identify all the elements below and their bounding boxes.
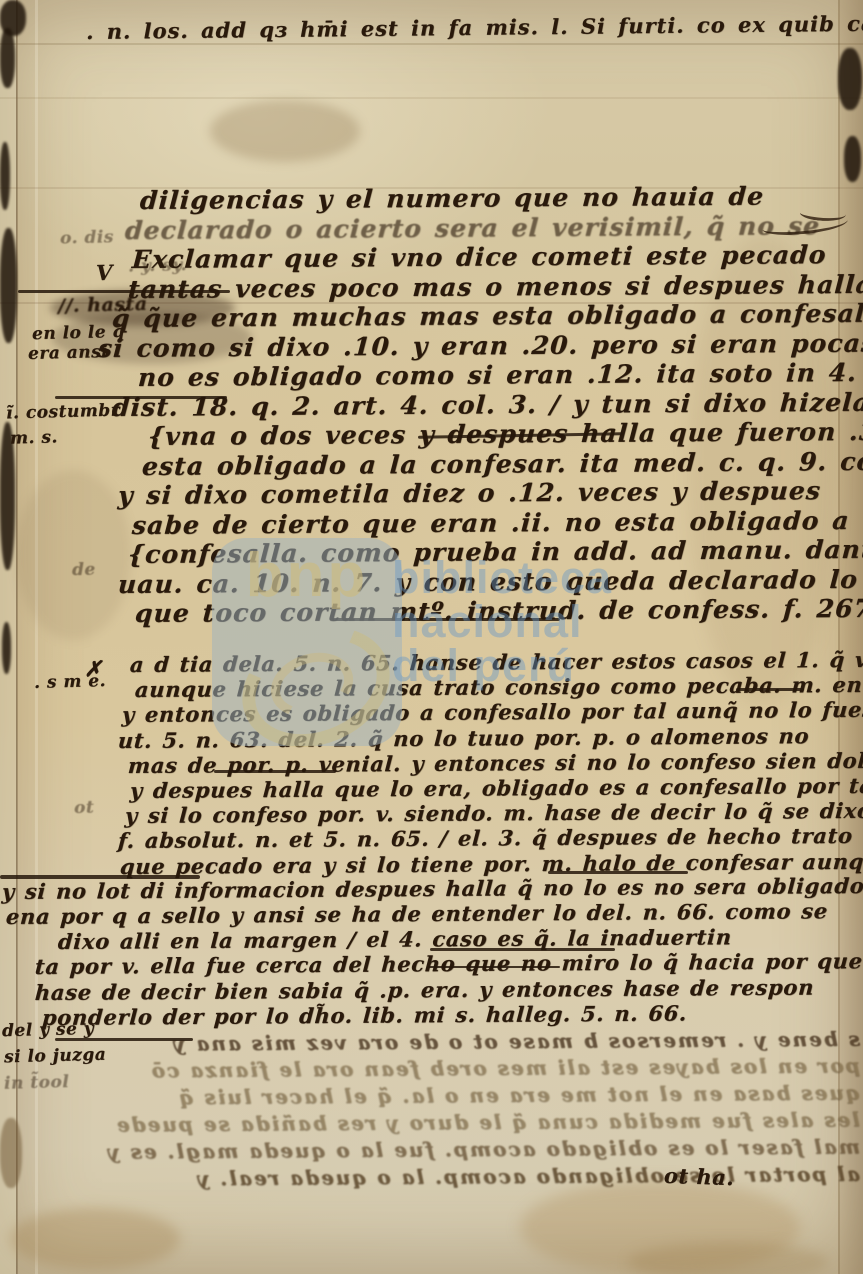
underline-stroke [55,1038,193,1041]
text-line: dist. 18. q. 2. art. 4. col. 3. / y tun … [111,387,863,422]
strike-stroke [428,966,560,968]
watermark-bnp-logo: bnp [212,538,402,746]
text-line: q̃ q̃ue eran muchas mas esta obligado a … [111,298,863,333]
underline-stroke [548,871,688,874]
edge-ink-fragment [0,28,15,88]
margin-note: ot ha. [664,1163,735,1190]
watermark-line: nacional [392,600,612,644]
text-line: no es obligado como si eran .12. ita sot… [137,357,863,392]
watermark-line: del perú [392,644,612,688]
margin-note: in t̃ool [4,1072,70,1094]
ink-stain [210,100,360,162]
text-line: al portar lo se obligando acomp. la o qu… [172,1161,860,1193]
margin-note: si lo juzga [4,1045,107,1068]
header-latin-citation: . n. los. add qɜ hm̄i est in fa mis. l. … [86,9,863,44]
margin-rule [18,290,230,293]
text-line: y si dixo cometila diez o .12. veces y d… [117,475,863,510]
text-line: diligencias y el numero que no hauia de [139,180,863,215]
edge-ink-fragment [0,1118,22,1188]
margin-rule [55,396,227,399]
watermark-logo-letters: bnp [212,540,402,611]
underline-stroke [736,688,804,691]
margin-rule [0,875,200,879]
text-line: Exclamar que si vno dice cometi este pec… [131,239,863,274]
edge-ink-fragment [844,136,861,182]
text-line: si como si dixo .10. y eran .20. pero si… [97,327,863,363]
stain-bottom-right [628,1242,828,1274]
manuscript-scan: . n. los. add qɜ hm̄i est in fa mis. l. … [0,0,863,1274]
stain-bottom-left [10,1208,180,1270]
crease-upper [0,97,863,99]
edge-ink-fragment [838,48,862,110]
underline-stroke [214,770,336,773]
watermark-line: biblioteca [392,556,612,600]
text-line: ponderlo der por lo dh̃o. lib. mi s. hal… [41,999,863,1030]
paragraph-2: a d tia dela. 5. n. 65. hanse de hacer e… [0,652,863,1030]
underline-stroke [430,948,615,951]
watermark-library-name: biblioteca nacional del perú [392,556,612,688]
